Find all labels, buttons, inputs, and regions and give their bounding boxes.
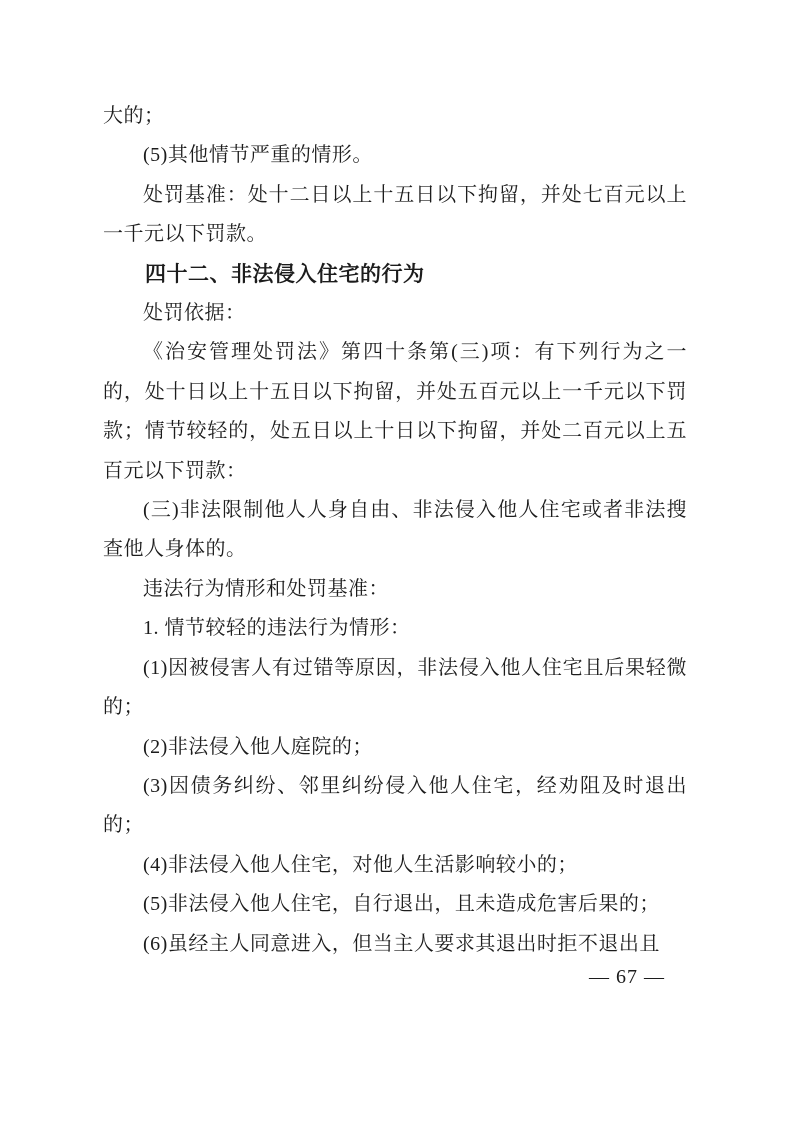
paragraph: (4)非法侵入他人住宅，对他人生活影响较小的； bbox=[103, 846, 687, 885]
document-body: 大的； (5)其他情节严重的情形。 处罚基准：处十二日以上十五日以下拘留，并处七… bbox=[103, 97, 687, 964]
paragraph: 《治安管理处罚法》第四十条第(三)项：有下列行为之一的，处十日以上十五日以下拘留… bbox=[103, 333, 687, 491]
paragraph: (三)非法限制他人人身自由、非法侵入他人住宅或者非法搜查他人身体的。 bbox=[103, 491, 687, 570]
page-number: — 67 — bbox=[589, 966, 665, 989]
paragraph: (3)因债务纠纷、邻里纠纷侵入他人住宅，经劝阻及时退出的； bbox=[103, 767, 687, 846]
paragraph: 1. 情节较轻的违法行为情形： bbox=[103, 609, 687, 648]
paragraph: (6)虽经主人同意进入，但当主人要求其退出时拒不退出且 bbox=[103, 925, 687, 964]
paragraph: (1)因被侵害人有过错等原因，非法侵入他人住宅且后果轻微的； bbox=[103, 649, 687, 728]
paragraph: (2)非法侵入他人庭院的； bbox=[103, 728, 687, 767]
paragraph: (5)非法侵入他人住宅，自行退出，且未造成危害后果的； bbox=[103, 885, 687, 924]
paragraph-continuation: 大的； bbox=[103, 97, 687, 136]
section-heading: 四十二、非法侵入住宅的行为 bbox=[103, 255, 687, 294]
paragraph: (5)其他情节严重的情形。 bbox=[103, 136, 687, 175]
paragraph: 处罚依据： bbox=[103, 294, 687, 333]
document-page: 大的； (5)其他情节严重的情形。 处罚基准：处十二日以上十五日以下拘留，并处七… bbox=[0, 0, 793, 1122]
paragraph: 违法行为情形和处罚基准： bbox=[103, 570, 687, 609]
paragraph: 处罚基准：处十二日以上十五日以下拘留，并处七百元以上一千元以下罚款。 bbox=[103, 176, 687, 255]
